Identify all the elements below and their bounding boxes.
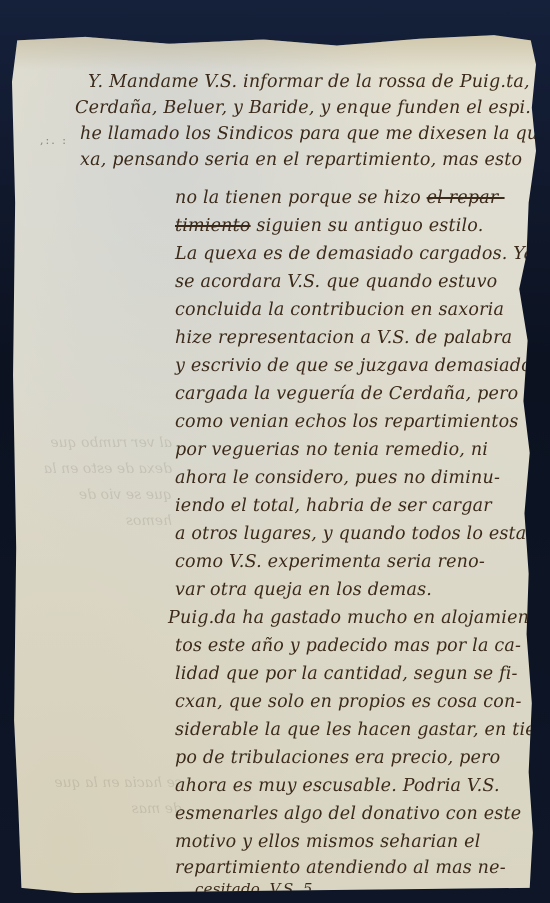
manuscript-line: Puig.da ha gastado mucho en alojamien-: [168, 608, 535, 628]
manuscript-line: he llamado los Sindicos para que me dixe…: [80, 124, 550, 144]
struck-text: timiento: [175, 216, 251, 236]
manuscript-line: repartimiento atendiendo al mas ne-: [175, 858, 506, 878]
manuscript-line: tos este año y padecido mas por la ca-: [175, 636, 521, 656]
manuscript-line: como V.S. experimenta seria reno-: [175, 552, 485, 572]
manuscript-line: ahora es muy escusable. Podria V.S.: [175, 776, 500, 796]
manuscript-line: esmenarles algo del donativo con este: [175, 804, 521, 824]
ink-bleed-through: al ver rumbo que dexa de esto en la que …: [42, 430, 172, 750]
margin-marks: ,:. :: [40, 134, 68, 147]
manuscript-line: var otra queja en los demas.: [175, 580, 432, 600]
manuscript-line: hize representacion a V.S. de palabra: [175, 328, 512, 348]
struck-text: el repar-: [427, 188, 505, 208]
manuscript-line: ahora le considero, pues no diminu-: [175, 468, 500, 488]
manuscript-line: Cerdaña, Beluer, y Baride, y enque funde…: [75, 98, 531, 118]
manuscript-line: timiento siguien su antiguo estilo.: [175, 216, 484, 236]
line-text: siguien su antiguo estilo.: [256, 216, 483, 236]
manuscript-page: al ver rumbo que dexa de esto en la que …: [12, 30, 536, 893]
manuscript-line: lidad que por la cantidad, segun se fi-: [175, 664, 518, 684]
manuscript-line: motivo y ellos mismos seharian el: [175, 832, 481, 852]
manuscript-line: y escrivio de que se juzgava demasiado: [175, 356, 532, 376]
manuscript-line: cargada la veguería de Cerdaña, pero: [175, 384, 518, 404]
manuscript-line: siderable la que les hacen gastar, en ti…: [175, 720, 550, 740]
manuscript-line: xa, pensando seria en el repartimiento, …: [80, 150, 522, 170]
manuscript-line: no la tienen porque se hizo el repar-: [175, 188, 505, 208]
ink-bleed-through-lower: se hacia en la que de mas: [42, 770, 182, 880]
manuscript-line: po de tribulaciones era precio, pero: [175, 748, 500, 768]
manuscript-line: como venian echos los repartimientos: [175, 412, 519, 432]
manuscript-line: se acordara V.S. que quando estuvo: [175, 272, 497, 292]
line-text: no la tienen porque se hizo: [175, 188, 421, 208]
manuscript-line: por veguerias no tenia remedio, ni: [175, 440, 488, 460]
manuscript-line: Y. Mandame V.S. informar de la rossa de …: [88, 72, 550, 92]
manuscript-line: cxan, que solo en propios es cosa con-: [175, 692, 522, 712]
manuscript-line: concluida la contribucion en saxoria: [175, 300, 504, 320]
manuscript-line: iendo el total, habria de ser cargar: [175, 496, 492, 516]
manuscript-line: La quexa es de demasiado cargados. Ya: [175, 244, 534, 264]
manuscript-line: a otros lugares, y quando todos lo estan: [175, 524, 538, 544]
